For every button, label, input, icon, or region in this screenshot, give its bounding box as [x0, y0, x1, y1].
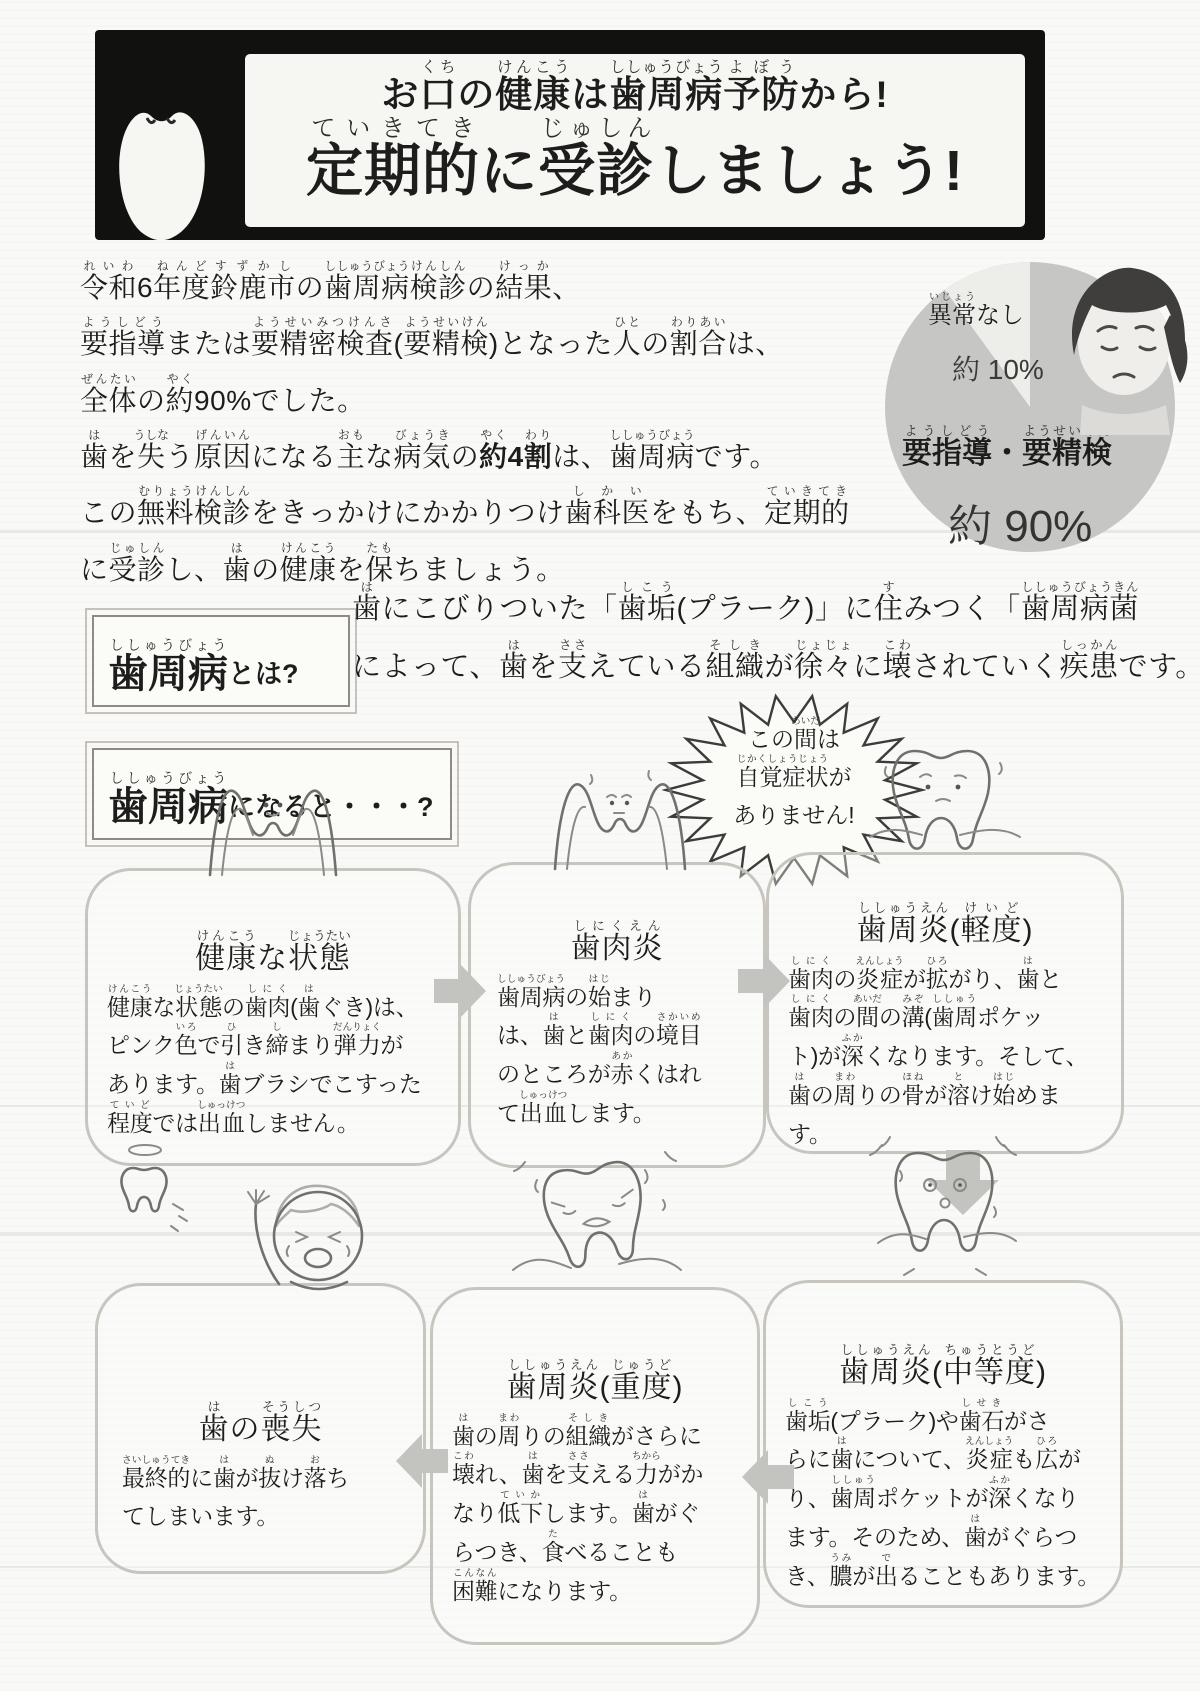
stage-body-line: 健康けんこうな状態じょうたいの歯肉しにく(歯はぐき)は、: [107, 982, 446, 1021]
stage-title: 健康けんこうな状態じょうたい: [88, 927, 458, 976]
moderate-periodontitis-tooth-illustration: [848, 1123, 1038, 1289]
stage-card-gingivitis: 歯肉炎しにくえん 歯周病ししゅうびょうの始はじまり は、歯はと歯肉しにくの境目さ…: [468, 862, 766, 1168]
pie-value-small: 約 10%: [952, 348, 1044, 388]
stage-title: 歯周炎ししゅうえん(軽度けいど): [769, 899, 1121, 948]
stage-card-severe: 歯周炎ししゅうえん(重度じゅうど) 歯はの周まわりの組織そしきがさらに 壊こわれ…: [430, 1287, 760, 1645]
arrow-left-icon: [396, 1432, 448, 1490]
arrow-left-icon: [742, 1448, 794, 1506]
header-banner: お口くちの健康けんこうは歯周病ししゅうびょう予防よぼうから! 定期的ていきてきに…: [95, 30, 1045, 240]
stage-body-line: 歯はの周まわりの骨ほねが溶とけ始はじめま: [788, 1070, 1109, 1109]
stage-title: 歯肉炎しにくえん: [471, 917, 763, 966]
stage-title: 歯はの喪失そうしつ: [98, 1398, 423, 1447]
stage-body-line: らつき、食たべることも: [452, 1527, 745, 1566]
stage-body-line: 最終的さいしゅうてきに歯はが抜ぬけ落おち: [122, 1453, 411, 1492]
stage-body-line: 歯周病ししゅうびょうの始はじまり: [497, 972, 751, 1011]
stage-card-light: 歯周炎ししゅうえん(軽度けいど) 歯肉しにくの炎症えんしょうが拡ひろがり、歯はと…: [766, 852, 1124, 1154]
stage-card-loss: 歯はの喪失そうしつ 最終的さいしゅうてきに歯はが抜ぬけ落おち てしまいます。: [95, 1283, 426, 1574]
stage-title: 歯周炎ししゅうえん(中等度ちゅうとうど): [766, 1341, 1120, 1390]
stage-title: 歯周炎ししゅうえん(重度じゅうど): [433, 1356, 757, 1405]
gingivitis-tooth-illustration: [537, 745, 697, 871]
whatis-tag-main: 歯周病ししゅうびょう: [108, 637, 228, 695]
light-periodontitis-tooth-illustration: [860, 733, 1030, 863]
pie-label-small: 異常いじょうなし: [928, 292, 1024, 330]
stage-body-line: 歯肉しにくの炎症えんしょうが拡ひろがり、歯はと: [788, 954, 1109, 993]
stage-body: 歯垢しこう(プラーク)や歯石しせきがさ らに歯はについて、炎症えんしょうも広ひろ…: [766, 1396, 1120, 1590]
stage-body: 最終的さいしゅうてきに歯はが抜ぬけ落おち てしまいます。: [98, 1453, 423, 1531]
stage-body-line: き、膿うみが出でることもあります。: [785, 1551, 1108, 1590]
stage-body-line: 歯垢しこう(プラーク)や歯石しせきがさ: [785, 1396, 1108, 1435]
stage-body: 歯周病ししゅうびょうの始はじまり は、歯はと歯肉しにくの境目さかいめ のところが…: [471, 972, 763, 1127]
stage-body-line: 歯肉しにくの間あいだの溝みぞ(歯周ししゅうポケッ: [788, 992, 1109, 1031]
stage-body: 健康けんこうな状態じょうたいの歯肉しにく(歯はぐき)は、 ピンク色いろで引ひき締…: [88, 982, 458, 1137]
stage-body-line: ピンク色いろで引ひき締しまり弾力だんりょくが: [107, 1020, 446, 1059]
stage-body-line: は、歯はと歯肉しにくの境目さかいめ: [497, 1010, 751, 1049]
stage-body-line: て出血しゅっけつします。: [497, 1088, 751, 1127]
header-title-line1: お口くちの健康けんこうは歯周病ししゅうびょう予防よぼうから!: [245, 54, 1025, 115]
worried-woman-illustration: [1052, 255, 1200, 435]
healthy-tooth-illustration: [188, 749, 358, 877]
whatis-line: によって、歯はを支ささえている組織そしきが徐々じょじょに壊こわされていく疾患しっ…: [352, 634, 1152, 683]
stage-body-line: のところが赤あかくはれ: [497, 1049, 751, 1088]
stage-card-moderate: 歯周炎ししゅうえん(中等度ちゅうとうど) 歯垢しこう(プラーク)や歯石しせきがさ…: [763, 1280, 1123, 1608]
arrow-right-icon: [434, 962, 486, 1020]
tooth-loss-illustration: [93, 1134, 403, 1342]
pie-value-big: 約 90%: [948, 490, 1092, 554]
stage-card-healthy: 健康けんこうな状態じょうたい 健康けんこうな状態じょうたいの歯肉しにく(歯はぐき…: [85, 868, 461, 1166]
stage-body: 歯はの周まわりの組織そしきがさらに 壊こわれ、歯はを支ささえる力ちからがか なり…: [433, 1411, 757, 1605]
stage-body-line: らに歯はについて、炎症えんしょうも広ひろが: [785, 1434, 1108, 1473]
stage-body-line: 程度ていどでは出血しゅっけつしません。: [107, 1098, 446, 1137]
stage-body-line: てしまいます。: [122, 1491, 411, 1530]
severe-periodontitis-tooth-illustration: [495, 1140, 695, 1296]
flyer-page: お口くちの健康けんこうは歯周病ししゅうびょう予防よぼうから! 定期的ていきてきに…: [0, 0, 1200, 1691]
header-title-line2: 定期的ていきてきに受診じゅしんしましょう!: [245, 115, 1025, 204]
header-inner: お口くちの健康けんこうは歯周病ししゅうびょう予防よぼうから! 定期的ていきてきに…: [245, 54, 1025, 227]
arrow-right-icon: [738, 952, 790, 1010]
stage-body-line: り、歯周ししゅうポケットが深ふかくなり: [785, 1473, 1108, 1512]
tooth-logo-icon: [109, 92, 229, 242]
stage-body: 歯肉しにくの炎症えんしょうが拡ひろがり、歯はと 歯肉しにくの間あいだの溝みぞ(歯…: [769, 954, 1121, 1148]
stage-body-line: ます。そのため、歯はがぐらつ: [785, 1512, 1108, 1551]
stage-body-line: 困難こんなんになります。: [452, 1566, 745, 1605]
whatis-tag-suffix: とは?: [228, 652, 299, 695]
whatis-line: 歯はにこびりついた「歯垢しこう(プラーク)」に住すみつく「歯周病菌ししゅうびょう…: [352, 576, 1152, 625]
stage-body-line: なり低下ていかします。歯はがぐ: [452, 1488, 745, 1527]
stage-body-line: 歯はの周まわりの組織そしきがさらに: [452, 1411, 745, 1450]
stage-body-line: 壊こわれ、歯はを支ささえる力ちからがか: [452, 1449, 745, 1488]
whatis-tag-box: 歯周病ししゅうびょう とは?: [92, 615, 350, 707]
stage-body-line: あります。歯はブラシでこすった: [107, 1059, 446, 1098]
whatis-text: 歯はにこびりついた「歯垢しこう(プラーク)」に住すみつく「歯周病菌ししゅうびょう…: [352, 576, 1152, 693]
stage-body-line: ト)が深ふかくなります。そして、: [788, 1031, 1109, 1070]
